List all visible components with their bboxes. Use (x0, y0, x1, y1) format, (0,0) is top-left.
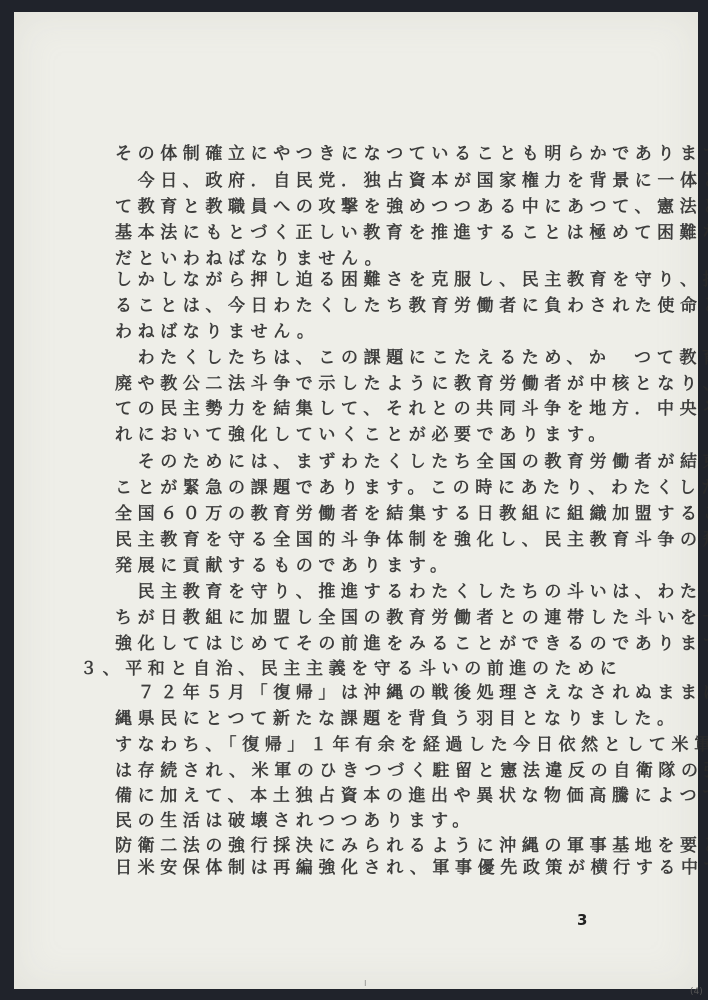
text-line: 防衛二法の強行採決にみられるように沖縄の軍事基地を要とする (115, 836, 708, 856)
text-line: 備に加えて、本土独占資本の進出や異状な物価高騰によつて、県 (115, 786, 708, 806)
text-line: ることは、今日わたくしたち教育労働者に負わされた使命ともい (115, 296, 708, 316)
text-line: 日米安保体制は再編強化され、軍事優先政策が横行する中で県民 (115, 858, 708, 878)
text-line: ことが緊急の課題であります。この時にあたり、わたくしたちが (115, 478, 708, 498)
text-line: れにおいて強化していくことが必要であります。 (115, 425, 611, 445)
text-line: しかしながら押し迫る困難さを克服し、民主教育を守り、推進す (115, 270, 708, 290)
text-line: 全国６０万の教育労働者を結集する日教組に組織加盟することは (115, 504, 708, 524)
text-line: 縄県民にとつて新たな課題を背負う羽目となりました。 (115, 709, 680, 729)
text-line: ちが日教組に加盟し全国の教育労働者との連帯した斗いを一段と (115, 608, 708, 628)
stray-mark: ⁝ (364, 979, 367, 988)
text-line: 強化してはじめてその前進をみることができるのであります。 (115, 634, 708, 654)
page-number: 3 (577, 911, 587, 929)
sheet-number: (4) (690, 987, 703, 997)
text-line: すなわち、「復帰」１年有余を経過した今日依然として米軍基地 (115, 735, 708, 755)
text-line: は存続され、米軍のひきつづく駐留と憲法違反の自衛隊の強行配 (115, 761, 708, 781)
text-line: て教育と教職員への攻撃を強めつつある中にあつて、憲法と教育 (115, 197, 708, 217)
text-line: 民主教育を守り、推進するわたくしたちの斗いは、わたくした (115, 582, 708, 602)
text-line: その体制確立にやつきになつていることも明らかであります。 (115, 144, 708, 164)
text-line: 基本法にもとづく正しい教育を推進することは極めて困難なこと (115, 223, 708, 243)
text-line: 民主教育を守る全国的斗争体制を強化し、民主教育斗争の飛躍的 (115, 530, 708, 550)
text-line: ての民主勢力を結集して、それとの共同斗争を地方．中央それぞ (115, 399, 708, 419)
text-line: 民の生活は破壊されつつあります。 (115, 811, 475, 831)
text-line: だといわねばなりません。 (115, 249, 387, 269)
text-line: そのためには、まずわたくしたち全国の教育労働者が結束する (115, 452, 708, 472)
text-line: 発展に貢献するものであります。 (115, 556, 453, 576)
text-line: ７２年５月「復帰」は沖縄の戦後処理さえなされぬままに、沖 (115, 683, 708, 703)
text-line: わたくしたちは、この課題にこたえるため、か つて教育布令撤 (115, 348, 708, 368)
document-page: その体制確立にやつきになつていることも明らかであります。 今日、政府．自民党．独… (14, 12, 698, 989)
text-line: わねばなりません。 (115, 322, 319, 342)
text-line: 今日、政府．自民党．独占資本が国家権力を背景に一体となつ (115, 171, 708, 191)
section-heading: ３、平和と自治、民主主義を守る斗いの前進のために (80, 659, 622, 679)
text-line: 廃や教公二法斗争で示したように教育労働者が中核となり、すべ (115, 374, 708, 394)
